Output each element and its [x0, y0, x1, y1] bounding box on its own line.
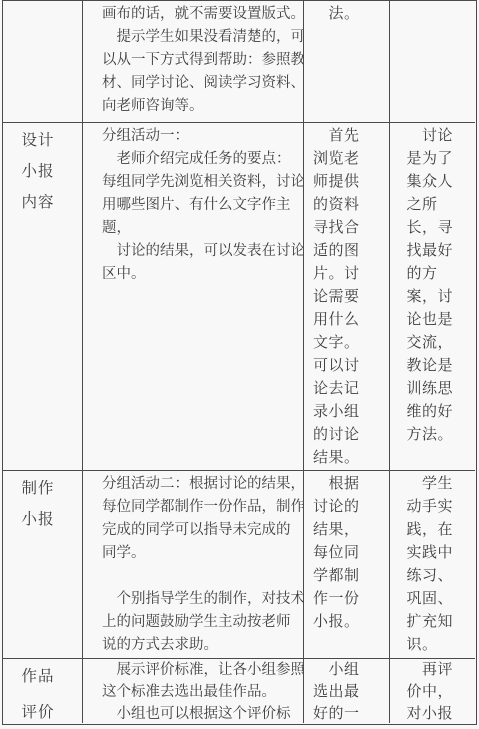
- text-line: 制作: [3, 473, 73, 504]
- text-line: [102, 565, 303, 588]
- text-line: 展示评价标准，让各小组参照: [102, 659, 303, 681]
- text-line: 画布的话，就不需要设置版式。: [102, 3, 303, 26]
- text-line: 文字。: [313, 332, 389, 355]
- text-line: 教论是: [407, 355, 476, 378]
- text-line: 每位同: [313, 542, 389, 565]
- cell-stage: 设计小报内容: [3, 123, 83, 471]
- text-line: 集众人: [407, 171, 476, 194]
- text-line: 同学。: [102, 542, 303, 565]
- lesson-plan-table: 画布的话，就不需要设置版式。 提示学生如果没看清楚的，可以从一下方式得到帮助：参…: [2, 0, 477, 725]
- cell-teacher-activity: 画布的话，就不需要设置版式。 提示学生如果没看清楚的，可以从一下方式得到帮助：参…: [83, 1, 304, 123]
- cell-design-intent: [390, 1, 476, 123]
- text-line: 的方: [407, 263, 476, 286]
- text-line: 提示学生如果没看清楚的，可: [102, 26, 303, 49]
- text-line: 法。: [313, 3, 389, 26]
- text-line: 训练思: [407, 378, 476, 401]
- cell-stage: 作品评价: [3, 659, 83, 723]
- text-line: 以从一下方式得到帮助：参照教: [102, 49, 303, 72]
- text-line: 之所: [407, 194, 476, 217]
- text-line: 论也是: [407, 309, 476, 332]
- cell-student-activity: 小组选出最好的一: [304, 659, 390, 723]
- text-line: 适的图: [313, 240, 389, 263]
- text-line: 师提供: [313, 171, 389, 194]
- text-line: 扩充知: [407, 611, 476, 634]
- text-line: 找最好: [407, 240, 476, 263]
- cell-teacher-activity: 分组活动一： 老师介绍完成任务的要点：每组同学先浏览相关资料，讨论用哪些图片、有…: [83, 123, 304, 471]
- text-line: 材、同学讨论、阅读学习资料、: [102, 72, 303, 95]
- text-line: 说的方式去求助。: [102, 634, 303, 657]
- text-line: 动手实: [407, 496, 476, 519]
- text-line: 完成的同学可以指导未完成的: [102, 519, 303, 542]
- text-line: 老师介绍完成任务的要点：: [102, 148, 303, 171]
- text-line: 价中，: [407, 681, 476, 703]
- cell-student-activity: 根据讨论的结果，每位同学都制作一份小报。: [304, 471, 390, 659]
- text-line: 练习、: [407, 565, 476, 588]
- text-line: 是为了: [407, 148, 476, 171]
- text-line: 内容: [3, 187, 73, 218]
- text-line: 根据: [313, 473, 389, 496]
- text-line: 再评: [407, 659, 476, 681]
- text-line: 学生: [407, 473, 476, 496]
- text-line: 践，在: [407, 519, 476, 542]
- text-line: 对小报: [407, 703, 476, 723]
- cell-student-activity: 首先浏览老师提供的资料寻找合适的图片。讨论需要用什么文字。可以讨论去记录小组的讨…: [304, 123, 390, 471]
- text-line: 长，寻: [407, 217, 476, 240]
- text-line: 结果。: [313, 447, 389, 470]
- text-line: 实践中: [407, 542, 476, 565]
- text-line: 论需要: [313, 286, 389, 309]
- cell-student-activity: 法。: [304, 1, 390, 123]
- cell-teacher-activity: 分组活动二：根据讨论的结果，每位同学都制作一份作品，制作完成的同学可以指导未完成…: [83, 471, 304, 659]
- text-line: 用哪些图片、有什么文字作主: [102, 194, 303, 217]
- text-line: 题，: [102, 217, 303, 240]
- cell-stage: 制作小报: [3, 471, 83, 659]
- text-line: 每组同学先浏览相关资料，讨论: [102, 171, 303, 194]
- text-line: 小组: [313, 659, 389, 681]
- text-line: 小报。: [313, 611, 389, 634]
- text-line: 作一份: [313, 588, 389, 611]
- text-line: 小报: [3, 504, 73, 535]
- text-line: 分组活动一：: [102, 125, 303, 148]
- text-line: 结果，: [313, 519, 389, 542]
- text-line: 学都制: [313, 565, 389, 588]
- text-line: 选出最: [313, 681, 389, 703]
- text-line: 设计: [3, 125, 73, 156]
- cell-teacher-activity: 展示评价标准，让各小组参照这个标准去选出最佳作品。 小组也可以根据这个评价标: [83, 659, 304, 723]
- text-line: 分组活动二：根据讨论的结果，: [102, 473, 303, 496]
- text-line: 讨论: [407, 125, 476, 148]
- text-line: 向老师咨询等。: [102, 95, 303, 118]
- text-line: 用什么: [313, 309, 389, 332]
- text-line: 的资料: [313, 194, 389, 217]
- cell-design-intent: 再评价中，对小报: [390, 659, 476, 723]
- text-line: 小组也可以根据这个评价标: [102, 703, 303, 723]
- text-line: 小报: [3, 156, 73, 187]
- text-line: 方法。: [407, 424, 476, 447]
- text-line: 案，讨: [407, 286, 476, 309]
- text-line: 论去记: [313, 378, 389, 401]
- text-line: 片。讨: [313, 263, 389, 286]
- text-line: 区中。: [102, 263, 303, 286]
- text-line: 维的好: [407, 401, 476, 424]
- text-line: 作品: [3, 659, 73, 695]
- text-line: 录小组: [313, 401, 389, 424]
- text-line: 讨论的: [313, 496, 389, 519]
- text-line: 巩固、: [407, 588, 476, 611]
- text-line: 浏览老: [313, 148, 389, 171]
- cell-design-intent: 学生动手实践，在实践中练习、巩固、扩充知识。: [390, 471, 476, 659]
- text-line: 交流，: [407, 332, 476, 355]
- text-line: 寻找合: [313, 217, 389, 240]
- text-line: 上的问题鼓励学生主动按老师: [102, 611, 303, 634]
- text-line: 评价: [3, 695, 73, 723]
- text-line: 的讨论: [313, 424, 389, 447]
- text-line: 讨论的结果，可以发表在讨论: [102, 240, 303, 263]
- text-line: 识。: [407, 634, 476, 657]
- text-line: 这个标准去选出最佳作品。: [102, 681, 303, 703]
- text-line: 首先: [313, 125, 389, 148]
- text-line: 好的一: [313, 703, 389, 723]
- text-line: 每位同学都制作一份作品，制作: [102, 496, 303, 519]
- text-line: 个别指导学生的制作，对技术: [102, 588, 303, 611]
- cell-stage: [3, 1, 83, 123]
- text-line: 可以讨: [313, 355, 389, 378]
- cell-design-intent: 讨论是为了集众人之所长，寻找最好的方案，讨论也是交流，教论是训练思维的好方法。: [390, 123, 476, 471]
